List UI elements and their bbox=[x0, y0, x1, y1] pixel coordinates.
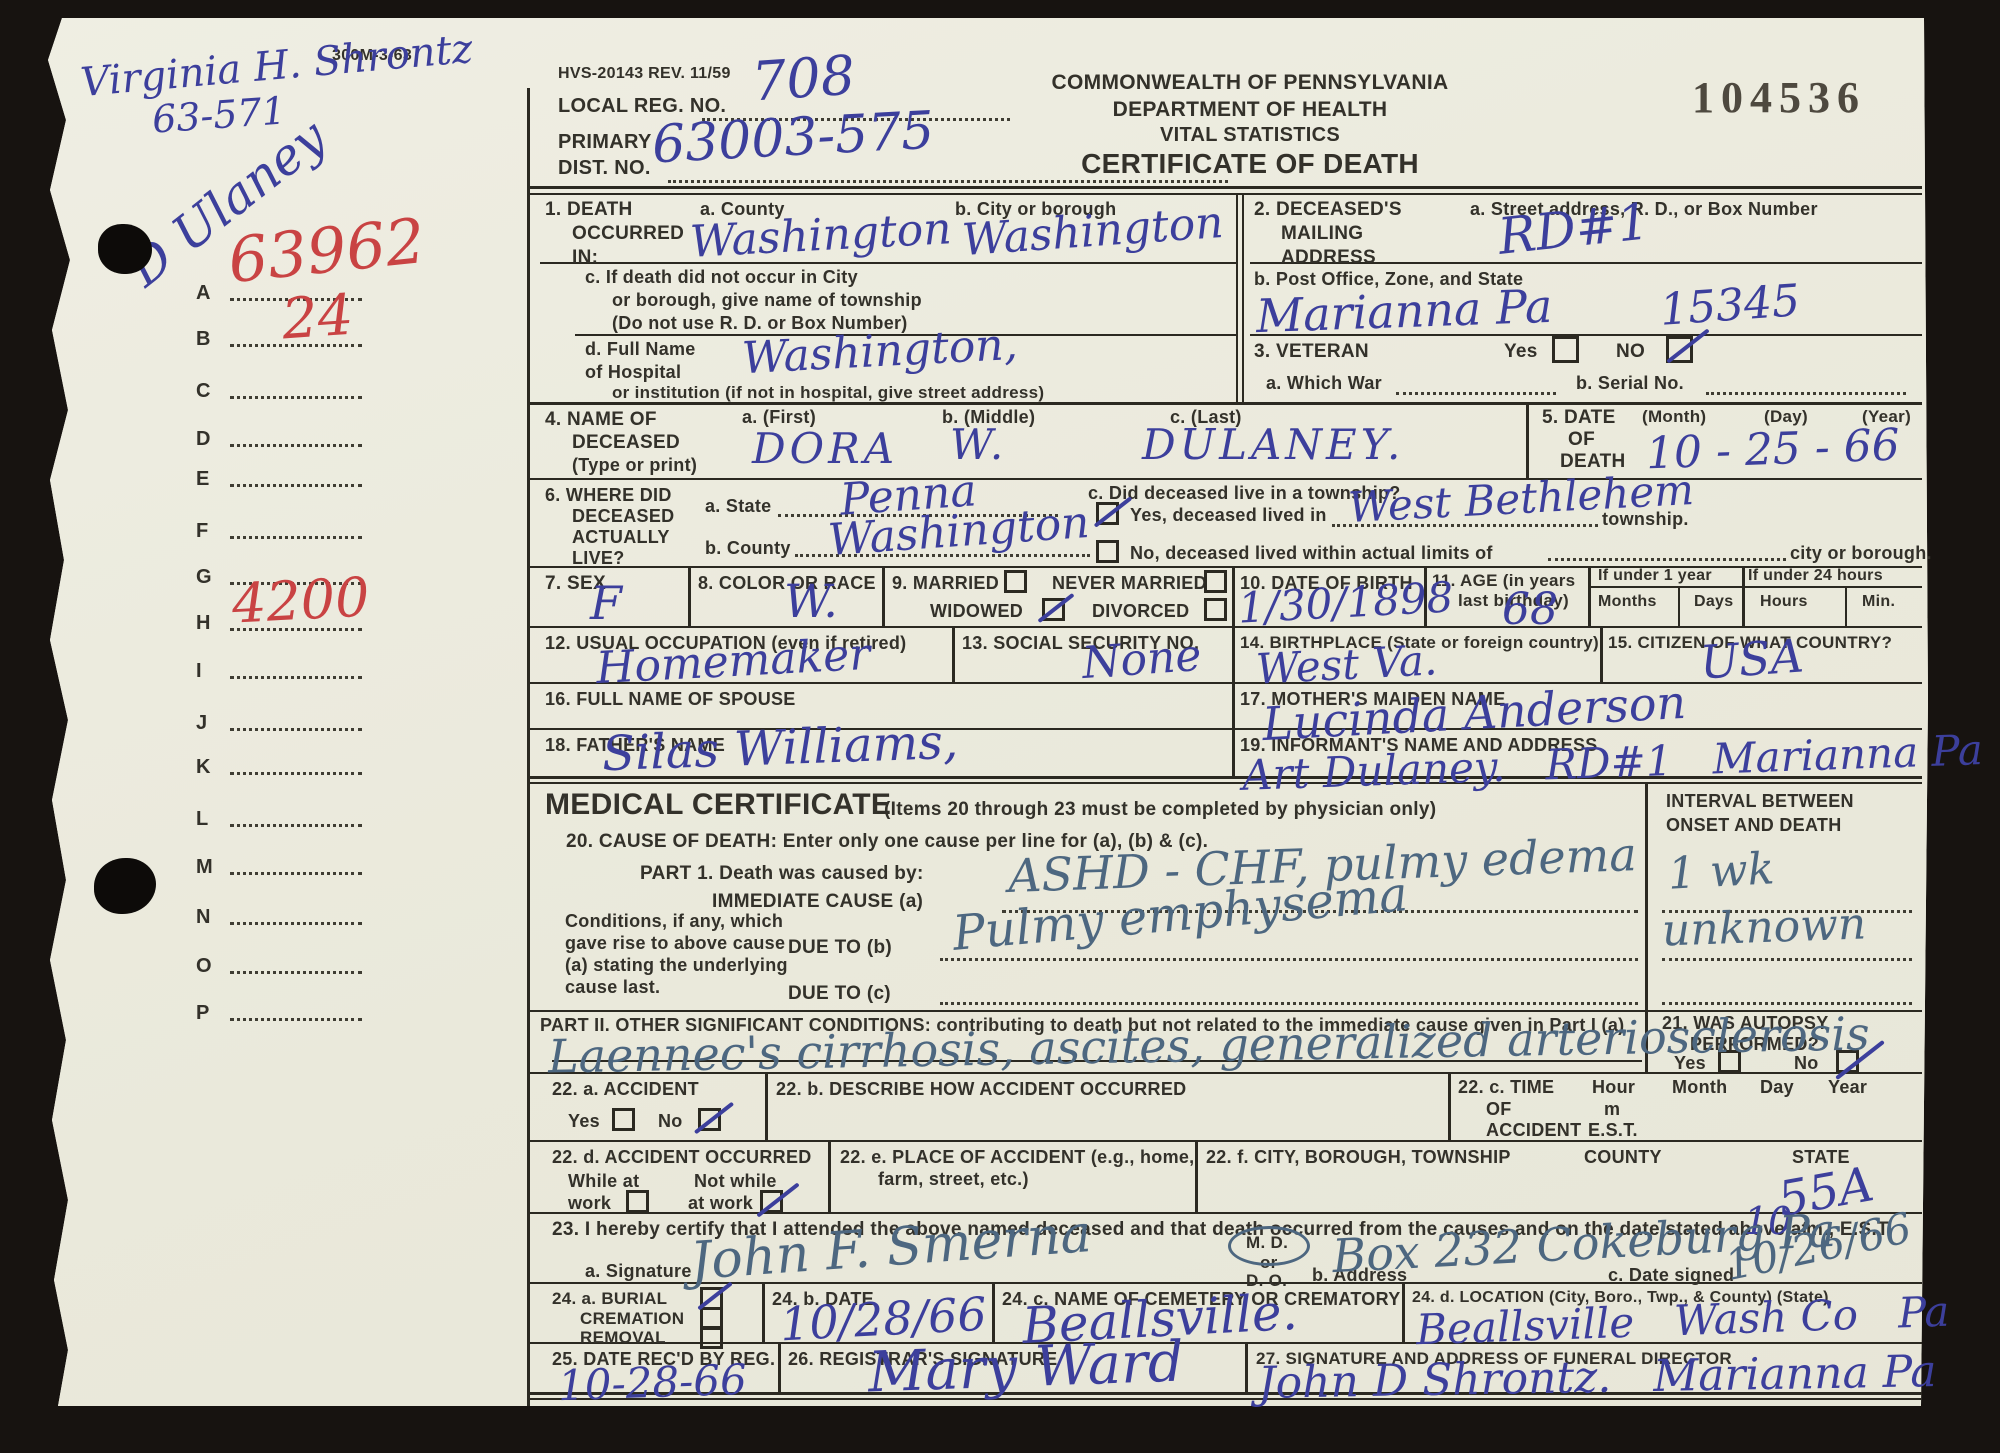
field8-value: W. bbox=[784, 578, 838, 624]
married-checkbox bbox=[1004, 570, 1027, 593]
field4-label3: (Type or print) bbox=[572, 456, 697, 474]
dotted-line bbox=[1396, 392, 1556, 395]
stub-line-k: K bbox=[196, 756, 210, 779]
due-to-b-label: DUE TO (b) bbox=[788, 938, 892, 957]
field6-label3: ACTUALLY bbox=[572, 528, 670, 546]
form-reference: HVS-20143 REV. 11/59 bbox=[558, 66, 731, 82]
medical-certificate-subtitle: (Items 20 through 23 must be completed b… bbox=[884, 800, 1436, 819]
never-married-checkbox bbox=[1204, 570, 1227, 593]
conditions-line3: (a) stating the underlying bbox=[565, 956, 788, 974]
married-label: 9. MARRIED bbox=[892, 574, 999, 592]
dotted-line bbox=[1706, 392, 1906, 395]
field13-value: None bbox=[1081, 634, 1203, 686]
dotted-line bbox=[230, 772, 362, 775]
dotted-line bbox=[668, 180, 1228, 183]
stub-line-c: C bbox=[196, 380, 210, 403]
field18-value: Silas Williams, bbox=[601, 718, 958, 778]
days-label: Days bbox=[1694, 594, 1733, 610]
stub-handwritten-file-number: 63-571 bbox=[151, 91, 287, 138]
field6-label: 6. WHERE DID bbox=[545, 486, 672, 504]
field25-value: 10-28-66 bbox=[557, 1359, 747, 1408]
field2b-value: Marianna Pa bbox=[1255, 283, 1553, 339]
header-department: DEPARTMENT OF HEALTH bbox=[880, 99, 1620, 120]
day-label: Day bbox=[1760, 1078, 1794, 1096]
under1year-label: If under 1 year bbox=[1598, 568, 1712, 584]
dotted-line bbox=[230, 484, 362, 487]
dotted-line bbox=[230, 824, 362, 827]
dotted-line bbox=[230, 536, 362, 539]
interval-label1: INTERVAL BETWEEN bbox=[1666, 792, 1854, 810]
rule bbox=[1588, 586, 1742, 588]
header-bureau: VITAL STATISTICS bbox=[880, 125, 1620, 145]
date-signed-label: c. Date signed bbox=[1608, 1266, 1734, 1284]
interval-label2: ONSET AND DEATH bbox=[1666, 816, 1842, 834]
stub-line-b: B bbox=[196, 328, 210, 351]
removal-label: REMOVAL bbox=[580, 1329, 666, 1346]
divider bbox=[1232, 626, 1235, 682]
stub-line-a: A bbox=[196, 282, 210, 305]
field1d-note: or institution (if not in hospital, give… bbox=[612, 384, 1044, 401]
field1-label2: OCCURRED bbox=[572, 224, 684, 243]
field1d-label2: of Hospital bbox=[585, 363, 681, 381]
field3-label: 3. VETERAN bbox=[1254, 342, 1369, 361]
dotted-line bbox=[230, 676, 362, 679]
divider bbox=[765, 1072, 768, 1140]
rule bbox=[527, 186, 1922, 189]
divider bbox=[1232, 566, 1235, 626]
field4-label: 4. NAME OF bbox=[545, 410, 657, 429]
rule bbox=[527, 626, 1922, 628]
dotted-line bbox=[230, 444, 362, 447]
stub-line-h: H bbox=[196, 612, 210, 635]
field4c-value: DULANEY. bbox=[1142, 424, 1404, 466]
field1c-line2: or borough, give name of township bbox=[612, 291, 922, 309]
field10-value: 1/30/1898 bbox=[1237, 576, 1454, 629]
dotted-line bbox=[940, 1002, 1638, 1005]
dotted-line bbox=[1662, 958, 1912, 961]
year-label: Year bbox=[1828, 1078, 1867, 1096]
field5-divider bbox=[1526, 402, 1529, 478]
part1-label: PART 1. Death was caused by: bbox=[640, 864, 924, 883]
field6a-label: a. State bbox=[705, 497, 771, 515]
dotted-line bbox=[230, 922, 362, 925]
field22e-label: 22. e. PLACE OF ACCIDENT (e.g., home, bbox=[840, 1148, 1194, 1166]
veteran-no-label: NO bbox=[1616, 342, 1645, 361]
rule bbox=[1239, 402, 1922, 405]
field22d-label: 22. d. ACCIDENT OCCURRED bbox=[552, 1148, 812, 1166]
at-work-label: at work bbox=[688, 1194, 753, 1212]
m-label: m bbox=[1604, 1100, 1620, 1118]
serial-no-label: b. Serial No. bbox=[1576, 374, 1684, 392]
field22f-label: 22. f. CITY, BOROUGH, TOWNSHIP bbox=[1206, 1148, 1511, 1166]
field2a-value: RD#1 bbox=[1496, 196, 1652, 262]
field11-value: 68 bbox=[1502, 588, 1558, 632]
min-label: Min. bbox=[1862, 594, 1895, 610]
stub-line-m: M bbox=[196, 856, 213, 879]
divider bbox=[1448, 1072, 1451, 1140]
township-no-label: No, deceased lived within actual limits … bbox=[1130, 544, 1493, 562]
divider bbox=[1195, 1140, 1198, 1212]
stub-line-e: E bbox=[196, 468, 209, 491]
primary-label: PRIMARY bbox=[558, 132, 652, 152]
stub-line-p: P bbox=[196, 1002, 209, 1025]
conditions-line2: gave rise to above cause bbox=[565, 934, 785, 952]
while-at-work-checkbox bbox=[626, 1190, 649, 1213]
dotted-line bbox=[1548, 558, 1786, 561]
conditions-line1: Conditions, if any, which bbox=[565, 912, 783, 930]
rule bbox=[527, 402, 1239, 405]
divider bbox=[1742, 566, 1745, 626]
dotted-line bbox=[230, 1018, 362, 1021]
stub-line-n: N bbox=[196, 906, 210, 929]
divorced-checkbox bbox=[1204, 598, 1227, 621]
rule bbox=[527, 478, 1922, 480]
field22c-label: 22. c. TIME bbox=[1458, 1078, 1554, 1096]
accident-yes-checkbox bbox=[612, 1108, 635, 1131]
field1-label: 1. DEATH bbox=[545, 200, 633, 219]
removal-checkbox bbox=[700, 1326, 723, 1349]
county-label: COUNTY bbox=[1584, 1148, 1662, 1166]
stub-line-l: L bbox=[196, 808, 208, 831]
signature-label: a. Signature bbox=[585, 1262, 692, 1280]
divider bbox=[1245, 1342, 1248, 1392]
field5-month-label: (Month) bbox=[1642, 408, 1706, 425]
field6-label4: LIVE? bbox=[572, 549, 625, 567]
accident-yes-label: Yes bbox=[568, 1112, 600, 1130]
hour-label: Hour bbox=[1592, 1078, 1635, 1096]
field5-label: 5. DATE bbox=[1542, 408, 1616, 427]
stub-red-number-3: 4200 bbox=[231, 570, 371, 631]
divider bbox=[1678, 586, 1680, 626]
dotted-line bbox=[230, 971, 362, 974]
veteran-yes-checkbox bbox=[1552, 336, 1579, 363]
stub-line-i: I bbox=[196, 660, 202, 683]
dotted-line bbox=[230, 728, 362, 731]
divider bbox=[882, 566, 885, 626]
month-label: Month bbox=[1672, 1078, 1727, 1096]
field22e-label2: farm, street, etc.) bbox=[878, 1170, 1029, 1188]
column-divider bbox=[1242, 193, 1244, 402]
city-or-borough-suffix: city or borough. bbox=[1790, 544, 1932, 562]
dotted-line bbox=[940, 958, 1638, 961]
field2b-zip: 15345 bbox=[1659, 279, 1802, 333]
divider bbox=[952, 626, 955, 682]
field2-label3: ADDRESS bbox=[1281, 248, 1376, 267]
local-reg-value: 708 bbox=[750, 48, 857, 109]
field1-label3: IN: bbox=[572, 248, 598, 267]
stub-line-d: D bbox=[196, 428, 210, 451]
divider bbox=[1600, 626, 1603, 682]
est-label: E.S.T. bbox=[1588, 1121, 1638, 1139]
dotted-line bbox=[230, 872, 362, 875]
dotted-line bbox=[1662, 1002, 1912, 1005]
field1a-value: Washington bbox=[689, 207, 953, 265]
field15-value: USA bbox=[1699, 632, 1805, 685]
field1c-line1: c. If death did not occur in City bbox=[585, 268, 858, 286]
interval-a-value: 1 wk bbox=[1667, 847, 1775, 897]
divider bbox=[1232, 728, 1235, 776]
veteran-yes-label: Yes bbox=[1504, 342, 1538, 361]
dist-no-label: DIST. NO. bbox=[558, 158, 651, 178]
rule bbox=[527, 1140, 1922, 1142]
due-to-c-label: DUE TO (c) bbox=[788, 984, 891, 1003]
header-commonwealth: COMMONWEALTH OF PENNSYLVANIA bbox=[880, 72, 1620, 93]
field4a-value: DORA bbox=[752, 428, 898, 470]
registrar-signature: Mary Ward bbox=[867, 1335, 1184, 1402]
stub-red-number-2: 24 bbox=[280, 288, 355, 349]
divider bbox=[828, 1140, 831, 1212]
field5-label2: OF bbox=[1568, 430, 1595, 449]
field22b-label: 22. b. DESCRIBE HOW ACCIDENT OCCURRED bbox=[776, 1080, 1186, 1098]
under24hours-label: If under 24 hours bbox=[1748, 568, 1883, 584]
rule bbox=[1742, 586, 1922, 588]
punch-hole-top bbox=[98, 224, 152, 274]
not-while-label: Not while bbox=[694, 1172, 777, 1190]
widowed-label: WIDOWED bbox=[930, 602, 1023, 620]
field14-value: West Va. bbox=[1255, 639, 1438, 690]
rule bbox=[527, 566, 1922, 568]
divider bbox=[688, 566, 691, 626]
field1d-label: d. Full Name bbox=[585, 340, 696, 358]
dotted-line bbox=[230, 396, 362, 399]
never-married-label: NEVER MARRIED bbox=[1052, 574, 1207, 592]
divider bbox=[762, 1282, 765, 1342]
field16-label: 16. FULL NAME OF SPOUSE bbox=[545, 690, 796, 708]
column-divider bbox=[1236, 193, 1238, 402]
interval-b-value: unknown bbox=[1661, 902, 1867, 953]
stub-line-o: O bbox=[196, 955, 212, 978]
work-label: work bbox=[568, 1194, 611, 1212]
hours-label: Hours bbox=[1760, 594, 1808, 610]
rule bbox=[540, 262, 1236, 264]
rule bbox=[527, 193, 1922, 195]
stub-line-f: F bbox=[196, 520, 208, 543]
stub-line-g: G bbox=[196, 566, 212, 589]
township-no-checkbox bbox=[1096, 540, 1119, 563]
conditions-line4: cause last. bbox=[565, 978, 660, 996]
field4-label2: DECEASED bbox=[572, 433, 680, 452]
stamped-certificate-number: 104536 bbox=[1692, 72, 1866, 123]
field7-value: F bbox=[590, 580, 622, 626]
field2-label2: MAILING bbox=[1281, 224, 1363, 243]
field22c-label2: OF bbox=[1486, 1100, 1512, 1118]
page-title: CERTIFICATE OF DEATH bbox=[880, 150, 1620, 178]
field4b-value: W. bbox=[950, 424, 1007, 466]
burial-label: 24. a. BURIAL bbox=[552, 1290, 667, 1307]
accident-no-label: No bbox=[658, 1112, 683, 1130]
funeral-director-signature: John D Shrontz. Marianna Pa bbox=[1258, 1350, 1937, 1406]
death-certificate-scan: 300M-3-63 Virginia H. Shrontz 63-571 D U… bbox=[0, 0, 2000, 1453]
stub-line-j: J bbox=[196, 712, 207, 735]
dist-no-value: 63003-575 bbox=[651, 105, 936, 172]
divider bbox=[1232, 682, 1235, 728]
divider bbox=[1845, 586, 1847, 626]
md-circle-annotation bbox=[1228, 1226, 1310, 1266]
cremation-label: CREMATION bbox=[580, 1310, 684, 1327]
township-yes-label: Yes, deceased lived in bbox=[1130, 506, 1327, 524]
divider bbox=[1402, 1282, 1405, 1342]
stub-divider bbox=[527, 88, 530, 1406]
which-war-label: a. Which War bbox=[1266, 374, 1382, 392]
field6-label2: DECEASED bbox=[572, 507, 674, 525]
while-at-label: While at bbox=[568, 1172, 639, 1190]
divider bbox=[992, 1282, 995, 1342]
field6b-label: b. County bbox=[705, 539, 791, 557]
months-label: Months bbox=[1598, 594, 1657, 610]
field22c-label3: ACCIDENT bbox=[1486, 1121, 1581, 1139]
medical-certificate-title: MEDICAL CERTIFICATE bbox=[545, 790, 891, 820]
divorced-label: DIVORCED bbox=[1092, 602, 1189, 620]
divider bbox=[1588, 566, 1591, 626]
field2-label: 2. DECEASED'S bbox=[1254, 200, 1402, 219]
immediate-cause-label: IMMEDIATE CAUSE (a) bbox=[712, 892, 923, 911]
